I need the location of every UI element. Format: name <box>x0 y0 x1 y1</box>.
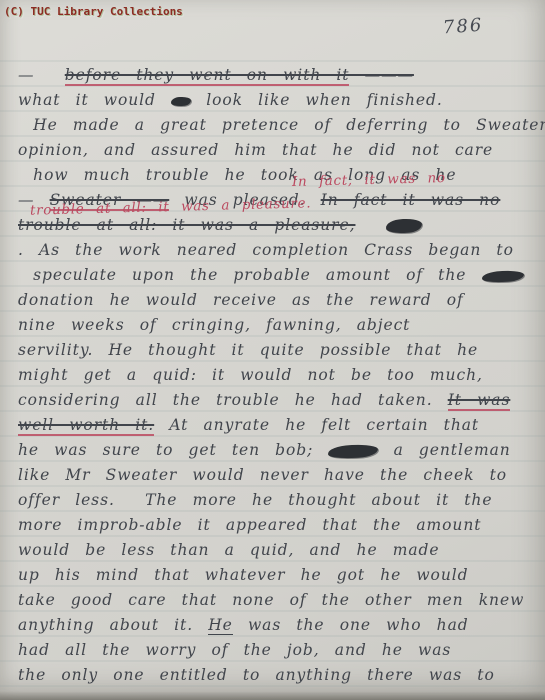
manuscript-line: how much trouble he took as long as he <box>18 163 539 188</box>
manuscript-line: — before they went on with it ——— <box>18 63 539 88</box>
manuscript-line: speculate upon the probable amount of th… <box>18 263 539 288</box>
text-segment: a gentleman <box>378 441 510 459</box>
manuscript-line: like Mr Sweater would never have the che… <box>18 463 539 488</box>
manuscript-line: . As the work neared completion Crass be… <box>18 238 539 263</box>
text-segment: ——— <box>349 66 413 84</box>
text-segment <box>355 216 385 234</box>
manuscript-line: up his mind that whatever he got he woul… <box>18 563 539 588</box>
manuscript-line: well worth it. At anyrate he felt certai… <box>18 413 539 438</box>
text-segment: before they went on with it <box>65 66 350 86</box>
text-segment: nine weeks of cringing, fawning, abject <box>18 316 410 334</box>
ink-blot <box>385 218 422 234</box>
text-segment: he was sure to get ten bob; <box>18 441 328 459</box>
text-segment: what it would <box>18 91 171 109</box>
manuscript-line: nine weeks of cringing, fawning, abject <box>18 313 539 338</box>
text-segment: At anyrate he felt certain that <box>154 416 479 434</box>
text-segment: like Mr Sweater would never have the che… <box>18 466 507 484</box>
manuscript-line: had all the worry of the job, and he was <box>18 638 539 663</box>
text-segment: more improb-able it appeared that the am… <box>18 516 481 534</box>
manuscript-line: considering all the trouble he had taken… <box>18 388 539 413</box>
manuscript-text: — before they went on with it ———what it… <box>18 63 539 688</box>
manuscript-line: offer less. The more he thought about it… <box>18 488 539 513</box>
manuscript-line: more improb-able it appeared that the am… <box>18 513 539 538</box>
manuscript-line: servility. He thought it quite possible … <box>18 338 539 363</box>
manuscript-page: (C) TUC Library Collections 786 — before… <box>0 0 545 700</box>
text-segment: would be less than a quid, and he made <box>18 541 439 559</box>
manuscript-line: the only one entitled to anything there … <box>18 663 539 688</box>
text-segment: donation he would receive as the reward … <box>18 291 464 309</box>
text-segment: was the one who had <box>233 616 469 634</box>
text-segment: opinion, and assured him that he did not… <box>18 141 493 159</box>
text-segment: — <box>18 66 65 84</box>
text-segment: had all the worry of the job, and he was <box>18 641 451 659</box>
text-segment: trouble at all: it was a pleasure, <box>18 216 355 234</box>
text-segment: might get a quid: it would not be too mu… <box>18 366 483 384</box>
manuscript-line: what it would look like when finished. <box>18 88 539 113</box>
text-segment: offer less. The more he thought about it… <box>18 491 492 509</box>
text-segment: the only one entitled to anything there … <box>18 666 495 684</box>
manuscript-line: opinion, and assured him that he did not… <box>18 138 539 163</box>
text-segment: look like when finished. <box>191 91 443 109</box>
text-segment: anything about it. <box>18 616 208 634</box>
text-segment: speculate upon the probable amount of th… <box>18 266 482 284</box>
page-number: 786 <box>442 15 484 39</box>
manuscript-line: anything about it. He was the one who ha… <box>18 613 539 638</box>
text-segment: servility. He thought it quite possible … <box>18 341 478 359</box>
manuscript-line: would be less than a quid, and he made <box>18 538 539 563</box>
ink-blot <box>481 269 524 282</box>
text-segment: In fact it was no <box>321 191 501 209</box>
manuscript-line: might get a quid: it would not be too mu… <box>18 363 539 388</box>
ink-blot <box>171 96 191 106</box>
manuscript-line: donation he would receive as the reward … <box>18 288 539 313</box>
watermark: (C) TUC Library Collections <box>4 5 183 18</box>
manuscript-line: He made a great pretence of deferring to… <box>18 113 539 138</box>
ink-blot <box>328 443 379 459</box>
text-segment: He <box>208 616 233 635</box>
text-segment: up his mind that whatever he got he woul… <box>18 566 468 584</box>
manuscript-line: take good care that none of the other me… <box>18 588 539 613</box>
text-segment: considering all the trouble he had taken… <box>18 391 448 409</box>
text-segment: well worth it. <box>18 416 154 436</box>
text-segment: . As the work neared completion Crass be… <box>18 241 514 259</box>
text-segment: He made a great pretence of deferring to… <box>18 116 545 134</box>
text-segment: It was <box>448 391 511 411</box>
text-segment: take good care that none of the other me… <box>18 591 524 609</box>
manuscript-line: he was sure to get ten bob; a gentleman <box>18 438 539 463</box>
